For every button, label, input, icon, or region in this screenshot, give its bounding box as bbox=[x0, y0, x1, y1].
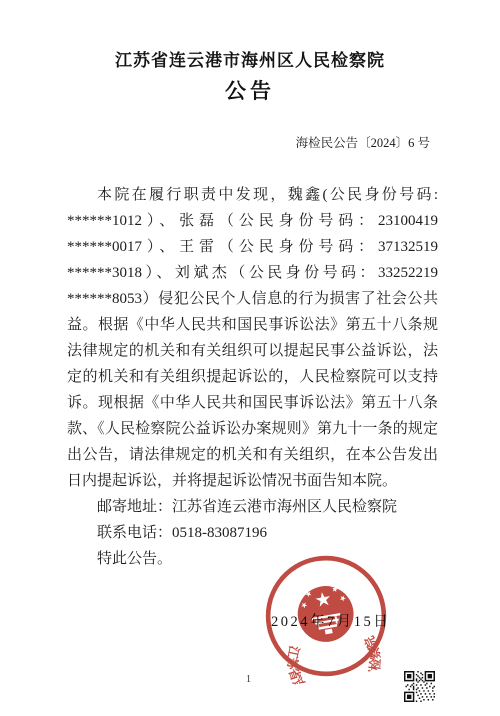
body-line: ******0017）、王雷（公民身份号码：37132519 bbox=[67, 234, 438, 260]
body-line: 益。根据《中华人民共和国民事诉讼法》第五十八条规定， bbox=[67, 312, 438, 338]
body-line: ******3018）、刘斌杰（公民身份号码：33252219 bbox=[67, 260, 438, 286]
org-title: 江苏省连云港市海州区人民检察院 bbox=[0, 46, 500, 71]
qr-code-icon bbox=[404, 671, 435, 702]
page-number: 1 bbox=[246, 674, 251, 685]
body-line: 法律规定的机关和有关组织可以提起民事公益诉讼，法律规 bbox=[67, 338, 438, 364]
body-line: ******8053）侵犯公民个人信息的行为损害了社会公共利 bbox=[67, 286, 438, 312]
announcement-body: 本院在履行职责中发现，魏鑫(公民身份号码: 32070619 ******101… bbox=[67, 182, 438, 572]
doc-type-heading: 公告 bbox=[0, 75, 500, 105]
body-line: 本院在履行职责中发现，魏鑫(公民身份号码: 32070619 bbox=[67, 182, 438, 208]
issue-date: 2024年7月15日 bbox=[271, 610, 390, 631]
body-line: 出公告，请法律规定的机关和有关组织，在本公告发出三十 bbox=[67, 442, 438, 468]
mailing-address-line: 邮寄地址：江苏省连云港市海州区人民检察院 bbox=[67, 494, 438, 520]
body-line: 日内提起诉讼，并将提起诉讼情况书面告知本院。 bbox=[67, 468, 438, 494]
announcement-document-page: 江苏省连云港市海州区人民检察院 公告 海检民公告〔2024〕6 号 本院在履行职… bbox=[0, 0, 500, 716]
body-line: 定的机关和有关组织提起诉讼的，人民检察院可以支持起 bbox=[67, 364, 438, 390]
body-line: 款、《人民检察院公益诉讼办案规则》第九十一条的规定发 bbox=[67, 416, 438, 442]
closing-line: 特此公告。 bbox=[67, 546, 438, 572]
contact-phone-line: 联系电话：0518-83087196 bbox=[67, 520, 438, 546]
body-line: ******1012）、张磊（公民身份号码：23100419 bbox=[67, 208, 438, 234]
body-line: 诉。现根据《中华人民共和国民事诉讼法》第五十八条第二 bbox=[67, 390, 438, 416]
doc-number: 海检民公告〔2024〕6 号 bbox=[296, 133, 430, 151]
